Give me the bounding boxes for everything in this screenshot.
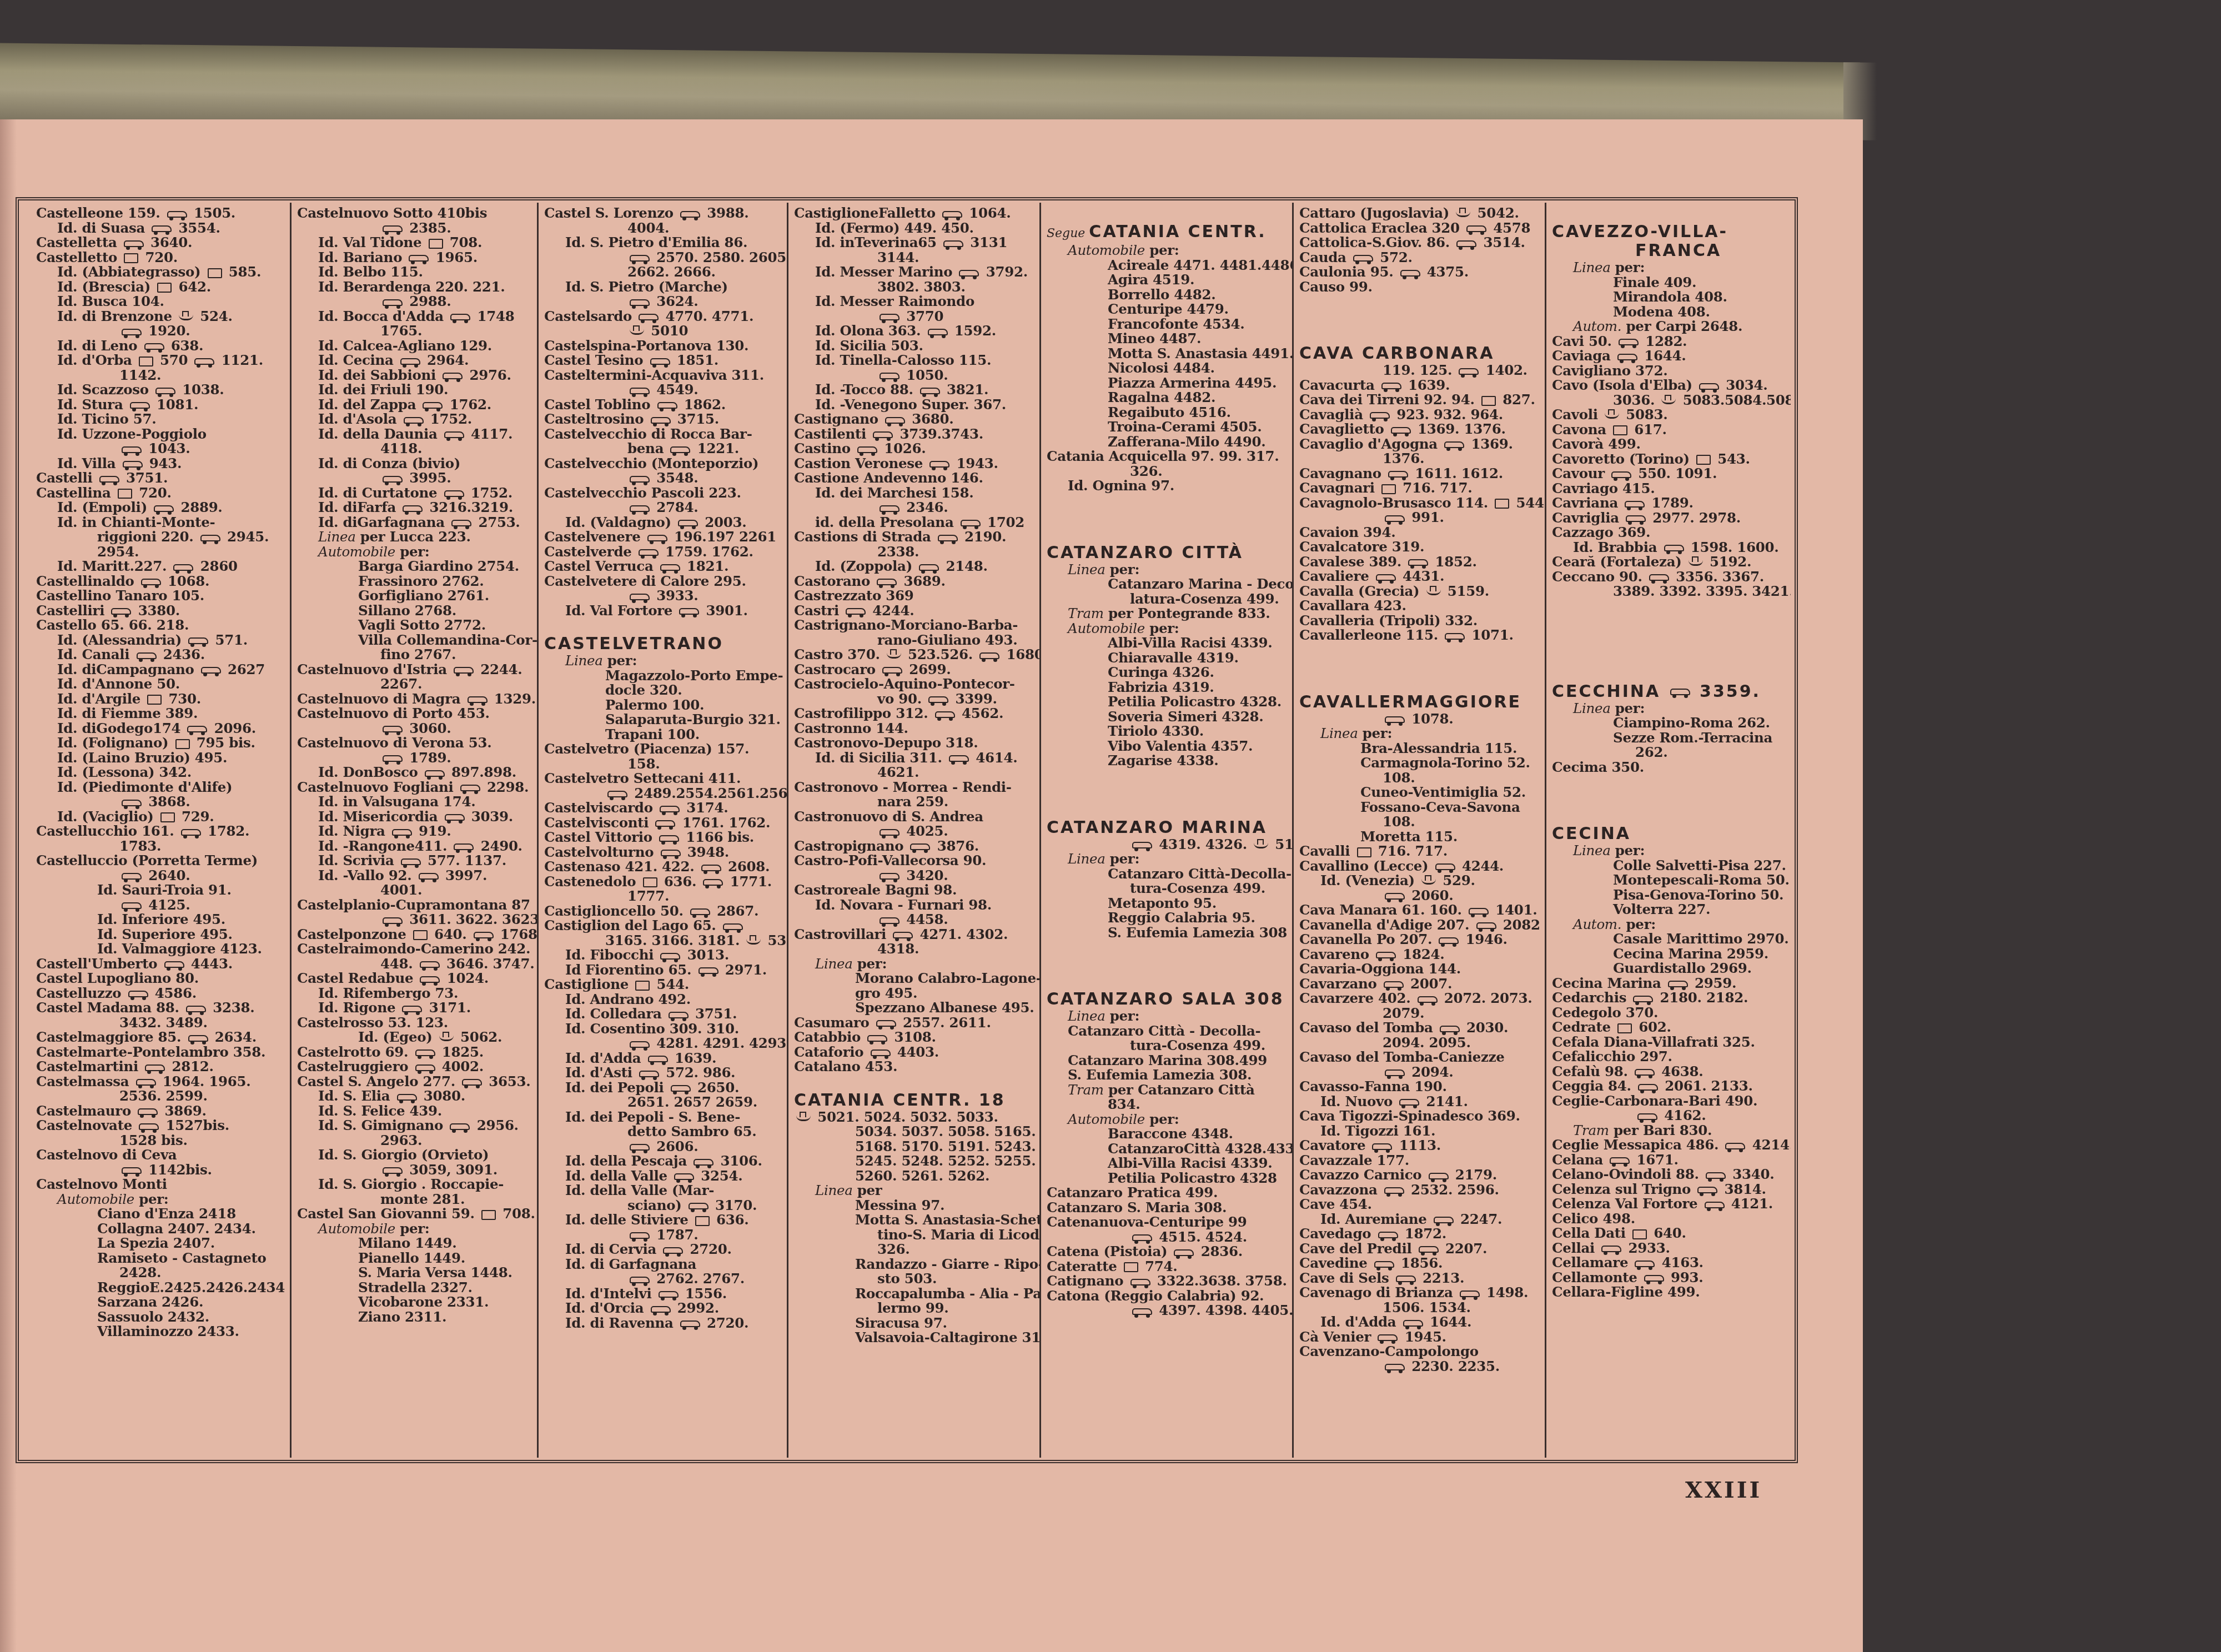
index-entry: Castellucchio 161. 1782.	[36, 824, 284, 839]
automobile-service-icon	[1601, 1246, 1621, 1252]
index-entry: Id. (Egeo) 5062.	[297, 1030, 531, 1045]
automobile-service-icon	[1638, 1084, 1658, 1091]
index-entry: Vibo Valentia 4357.	[1047, 739, 1287, 754]
index-entry: 262.	[1552, 745, 1785, 760]
index-entry: Chiaravalle 4319.	[1047, 651, 1287, 666]
index-entry: Castroreale Bagni 98.	[794, 883, 1034, 898]
index-entry: Id. di Sicilia 311. 4614.	[794, 751, 1034, 766]
index-entry: Fossano-Ceva-Savona	[1299, 800, 1539, 815]
index-entry: Id. Brabbia 1598. 1600.	[1552, 540, 1785, 555]
index-entry: Id. S. Pietro d'Emilia 86.	[544, 235, 781, 250]
automobile-service-icon	[155, 388, 175, 394]
coach-service-icon	[429, 239, 443, 249]
index-column-3: Castel S. Lorenzo 3988.4004.Id. S. Pietr…	[539, 203, 788, 1458]
coach-service-icon	[1124, 1262, 1138, 1272]
automobile-service-icon	[474, 932, 494, 938]
index-entry: 2606.	[544, 1139, 781, 1154]
index-entry: 3389. 3392. 3395. 3421.	[1552, 584, 1785, 599]
index-entry: vo 90. 3399.	[794, 692, 1034, 707]
index-entry: Id. -Vallo 92. 3997.	[297, 868, 531, 883]
index-entry: Catabbio 3108.	[794, 1030, 1034, 1045]
index-entry: Morano Calabro-Lagone-	[794, 971, 1034, 986]
index-entry: 2640.	[36, 868, 284, 883]
steamer-service-icon	[746, 938, 761, 945]
index-entry: Bra-Alessandria 115.	[1299, 741, 1539, 756]
index-entry: 4125.	[36, 898, 284, 913]
index-entry: Castelmassa 1964. 1965.	[36, 1074, 284, 1089]
automobile-service-icon	[1408, 559, 1428, 566]
index-entry: 1142bis.	[36, 1163, 284, 1178]
index-entry: id. della Presolana 1702	[794, 515, 1034, 530]
automobile-service-icon	[1439, 937, 1459, 944]
index-entry: Id. S. Elia 3080.	[297, 1089, 531, 1104]
spacer	[1552, 775, 1785, 808]
automobile-service-icon	[949, 755, 969, 762]
index-entry: Castello 65. 66. 218.	[36, 618, 284, 633]
index-entry: Messina 97.	[794, 1198, 1034, 1213]
index-entry: 108.	[1299, 771, 1539, 786]
index-entry: ReggioE.2425.2426.2434	[36, 1281, 284, 1296]
automobile-service-icon	[383, 225, 403, 232]
index-entry: Cellamare 4163.	[1552, 1256, 1785, 1271]
index-entry: Zafferana-Milo 4490.	[1047, 435, 1287, 450]
automobile-service-icon	[1384, 1187, 1404, 1194]
index-entry: Celano-Ovindoli 88. 3340.	[1552, 1167, 1785, 1182]
index-entry: 5260. 5261. 5262.	[794, 1169, 1034, 1184]
index-entry: Id. Messer Raimondo	[794, 294, 1034, 309]
index-entry: docle 320.	[544, 683, 781, 698]
automobile-service-icon	[943, 240, 963, 247]
automobile-service-icon	[959, 270, 979, 277]
index-entry: Id. Canali 2436.	[36, 647, 284, 662]
index-entry: 2230. 2235.	[1299, 1359, 1539, 1374]
automobile-service-icon	[651, 1306, 671, 1313]
coach-service-icon	[635, 981, 650, 991]
index-entry: Sezze Rom.-Terracina	[1552, 731, 1785, 746]
index-entry: Gorfigliano 2761.	[297, 589, 531, 604]
steamer-service-icon	[1421, 878, 1436, 885]
index-entry: 1789.	[297, 751, 531, 766]
automobile-service-icon	[880, 314, 900, 320]
automobile-service-icon	[400, 358, 420, 365]
index-entry: Cavacurta 1639.	[1299, 378, 1539, 393]
index-entry: 3059, 3091.	[297, 1163, 531, 1178]
index-entry: Motta S. Anastasia-Schet-	[794, 1213, 1034, 1228]
automobile-service-icon	[630, 505, 650, 512]
index-entry: Castelvecchio (Monteporzio)	[544, 456, 781, 471]
spacer	[1299, 294, 1539, 328]
index-entry: Id. Bocca d'Adda 1748	[297, 309, 531, 324]
automobile-service-icon	[1434, 1217, 1454, 1223]
station-heading: CASTELVETRANO	[544, 635, 781, 654]
automobile-service-icon	[882, 667, 902, 674]
automobile-service-icon	[663, 1247, 683, 1254]
index-column-7: CAVEZZO-VILLA-FRANCALinea per:Finale 409…	[1546, 203, 1791, 1458]
index-entry: Randazzo - Giarre - Ripo-	[794, 1257, 1034, 1272]
service-type-label: Linea	[1068, 851, 1106, 867]
spacer	[1047, 940, 1287, 973]
index-entry: Castelvecchio Pascoli 223.	[544, 486, 781, 501]
index-entry: Castelnovate 1527bis.	[36, 1118, 284, 1133]
service-type-label: Linea	[815, 1182, 853, 1198]
index-entry: 3036. 5083.5084.5085.	[1552, 393, 1785, 408]
index-entry: Id. (Valdagno) 2003.	[544, 515, 781, 530]
automobile-service-icon	[420, 961, 440, 968]
automobile-service-icon	[1378, 1334, 1398, 1341]
automobile-service-icon	[409, 255, 429, 262]
index-entry: Cataforio 4403.	[794, 1045, 1034, 1060]
index-entry: Ceccano 90. 3356. 3367.	[1552, 570, 1785, 585]
index-entry: 4621.	[794, 765, 1034, 780]
automobile-service-icon	[188, 1035, 208, 1042]
index-entry: Cavigliano 372.	[1552, 364, 1785, 379]
index-entry: 3548.	[544, 471, 781, 486]
automobile-service-icon	[1403, 1320, 1423, 1327]
index-entry: Cave del Predil 2207.	[1299, 1242, 1539, 1257]
index-entry: S. Eufemia Lamezia 308	[1047, 926, 1287, 941]
index-entry: Id. -Rangone411. 2490.	[297, 839, 531, 854]
index-entry: Spezzano Albanese 495.	[794, 1001, 1034, 1016]
index-entry: Castellino Tanaro 105.	[36, 589, 284, 604]
index-entry: Id. Uzzone-Poggiolo	[36, 427, 284, 442]
automobile-service-icon	[383, 476, 403, 483]
index-entry: Id. Scazzoso 1038.	[36, 383, 284, 398]
service-type-label: Automobile	[1068, 1111, 1145, 1127]
index-entry: 4118.	[297, 441, 531, 456]
automobile-service-icon	[201, 667, 221, 674]
automobile-service-icon	[1644, 1275, 1664, 1282]
index-entry: gro 495.	[794, 986, 1034, 1001]
index-entry: Id. Olona 363. 1592.	[794, 324, 1034, 339]
automobile-service-icon	[1132, 842, 1152, 848]
index-entry: Cavazzona 2532. 2596.	[1299, 1183, 1539, 1198]
index-entry: 5245. 5248. 5252. 5255.	[794, 1154, 1034, 1169]
index-entry: Castel Tesino 1851.	[544, 353, 781, 368]
spacer	[1047, 769, 1287, 802]
index-entry: Id. della Valle 3254.	[544, 1169, 781, 1184]
index-entry: 119. 125. 1402.	[1299, 363, 1539, 378]
automobile-service-icon	[111, 608, 131, 615]
service-type-label: Linea	[318, 529, 356, 545]
index-entry: Trapani 100.	[544, 727, 781, 742]
index-entry: Castel San Giovanni 59. 708.	[297, 1207, 531, 1222]
station-heading: CAVA CARBONARA	[1299, 344, 1539, 363]
automobile-service-icon	[420, 976, 440, 983]
index-entry: Id. (Piedimonte d'Alife)	[36, 780, 284, 795]
index-entry: Cefalù 98. 4638.	[1552, 1064, 1785, 1079]
index-entry: Castel Toblino 1862.	[544, 398, 781, 413]
index-entry: Id. Villa 943.	[36, 456, 284, 471]
index-entry: Tiriolo 4330.	[1047, 724, 1287, 739]
index-entry: Cavalla (Grecia) 5159.	[1299, 584, 1539, 599]
index-column-2: Castelnuovo Sotto 410bis 2385.Id. Val Ti…	[292, 203, 539, 1458]
index-entry: Cavorà 499.	[1552, 437, 1785, 452]
coach-service-icon	[118, 489, 132, 499]
index-entry: Castelmaggiore 85. 2634.	[36, 1030, 284, 1045]
index-entry: Id. diGarfagnana 2753.	[297, 515, 531, 530]
index-entry: Id. di Garfagnana	[544, 1257, 781, 1272]
index-entry: Villaminozzo 2433.	[36, 1324, 284, 1339]
station-heading: CATANIA CENTR. 18	[794, 1091, 1034, 1110]
automobile-service-icon	[659, 835, 679, 842]
spacer	[1552, 599, 1785, 632]
steamer-service-icon	[630, 329, 644, 335]
service-type-label: Tram	[1068, 605, 1104, 621]
index-entry: Cavona 617.	[1552, 423, 1785, 438]
index-entry: Id. della Valle (Mar-	[544, 1183, 781, 1198]
automobile-service-icon	[871, 1050, 891, 1056]
index-entry: 2267.	[297, 677, 531, 692]
index-entry: Castrezzato 369	[794, 589, 1034, 604]
automobile-service-icon	[1445, 633, 1465, 640]
index-entry: Cavedago 1872.	[1299, 1227, 1539, 1242]
index-entry: Casale Marittimo 2970.	[1552, 932, 1785, 947]
steamer-service-icon	[179, 314, 193, 320]
station-index-columns: Castelleone 159. 1505.Id. di Suasa 3554.…	[31, 203, 1791, 1458]
automobile-service-icon	[383, 755, 403, 762]
automobile-service-icon	[392, 829, 412, 836]
automobile-service-icon	[1611, 471, 1631, 478]
index-entry: Catanzaro Città-Decolla-	[1047, 867, 1287, 882]
automobile-service-icon	[1625, 501, 1645, 508]
index-entry: Id. d'Argile 730.	[36, 692, 284, 707]
index-entry: Castropignano 3876.	[794, 839, 1034, 854]
automobile-service-icon	[647, 535, 667, 541]
index-entry: Sassuolo 2432.	[36, 1310, 284, 1325]
index-entry: Regaibuto 4516.	[1047, 405, 1287, 420]
service-type-label: Autom.	[1573, 916, 1621, 932]
index-entry: Castronovo-Depupo 318.	[794, 736, 1034, 751]
coach-service-icon	[1632, 1229, 1647, 1239]
index-entry: 2094. 2095.	[1299, 1036, 1539, 1051]
index-entry: Castelponzone 640. 1768.	[297, 927, 531, 942]
automobile-service-icon	[1460, 1291, 1480, 1297]
index-entry: Id. d'Adda 1639.	[544, 1051, 781, 1066]
index-entry: Cellara-Figline 499.	[1552, 1285, 1785, 1300]
automobile-service-icon	[1378, 1232, 1398, 1238]
index-entry: 326.	[1047, 464, 1287, 479]
index-entry: Id. Tigozzi 161.	[1299, 1124, 1539, 1139]
automobile-service-icon	[1633, 996, 1653, 1002]
index-entry: Cavoretto (Torino) 543.	[1552, 452, 1785, 467]
index-entry: Barga Giardino 2754.	[297, 559, 531, 574]
coach-service-icon	[1381, 484, 1396, 494]
automobile-service-icon	[661, 850, 681, 856]
service-type-label: Automobile	[57, 1191, 134, 1207]
automobile-service-icon	[122, 800, 142, 806]
index-entry: Id. delle Stiviere 636.	[544, 1213, 781, 1228]
automobile-service-icon	[961, 520, 981, 526]
index-entry: 2060.	[1299, 888, 1539, 903]
index-entry: Ceară (Fortaleza) 5192.	[1552, 555, 1785, 570]
index-entry: Piazza Armerina 4495.	[1047, 376, 1287, 391]
index-entry: Causo 99.	[1299, 280, 1539, 295]
index-entry: Castro-Pofi-Vallecorsa 90.	[794, 853, 1034, 868]
automobile-service-icon	[1668, 981, 1688, 987]
index-entry: Cavaria-Oggiona 144.	[1299, 962, 1539, 977]
coach-service-icon	[124, 253, 138, 263]
index-entry: Id. di Suasa 3554.	[36, 221, 284, 236]
index-entry: Castelspina-Portanova 130.	[544, 339, 781, 354]
index-entry: 2428.	[36, 1266, 284, 1281]
index-entry: Id. Belbo 115.	[297, 265, 531, 280]
index-entry: Id. Auremiane 2247.	[1299, 1212, 1539, 1227]
index-entry: Castelnuovo Fogliani 2298.	[297, 780, 531, 795]
index-entry: Id. Stura 1081.	[36, 398, 284, 413]
index-entry: tino-S. Maria di Licodia	[794, 1228, 1034, 1243]
steamer-service-icon	[887, 652, 901, 659]
index-entry: Castione Andevenno 146.	[794, 471, 1034, 486]
automobile-service-icon	[164, 961, 184, 968]
index-entry: Cavaion 394.	[1299, 525, 1539, 540]
index-entry: 2651. 2657 2659.	[544, 1095, 781, 1110]
index-entry: Castiglion del Lago 65.	[544, 918, 781, 933]
index-entry: Id. d'Orba 570 1121.	[36, 353, 284, 368]
index-entry: Valsavoia-Caltagirone 317	[794, 1330, 1034, 1345]
index-entry: Cavalese 389. 1852.	[1299, 555, 1539, 570]
index-entry: Cavaglietto 1369. 1376.	[1299, 422, 1539, 437]
index-entry: 1043.	[36, 441, 284, 456]
index-entry: Castelplanio-Cupramontana 87	[297, 898, 531, 913]
index-entry: Id. Messer Marino 3792.	[794, 265, 1034, 280]
index-entry: Cavi 50. 1282.	[1552, 334, 1785, 349]
steamer-service-icon	[1426, 589, 1441, 595]
index-entry: Id. Nigra 919.	[297, 824, 531, 839]
index-entry: Cefalicchio 297.	[1552, 1050, 1785, 1064]
index-entry: Reggio Calabria 95.	[1047, 911, 1287, 926]
index-entry: Cavaglià 923. 932. 964.	[1299, 408, 1539, 423]
index-entry: Tram per Bari 830.	[1552, 1123, 1785, 1138]
automobile-service-icon	[942, 211, 962, 218]
automobile-service-icon	[122, 1167, 142, 1174]
index-entry: Cave 454.	[1299, 1197, 1539, 1212]
index-entry: Id. S. Pietro (Marche)	[544, 280, 781, 295]
index-entry: Id. Tinella-Calosso 115.	[794, 353, 1034, 368]
index-entry: Id. d'Asti 572. 986.	[544, 1066, 781, 1081]
index-entry: Cavriglia 2977. 2978.	[1552, 511, 1785, 526]
index-entry: Castel S. Angelo 277. 3653.	[297, 1074, 531, 1089]
index-entry: Montepescali-Roma 50.	[1552, 873, 1785, 888]
index-entry: Volterra 227.	[1552, 902, 1785, 917]
index-entry: Castelrosso 53. 123.	[297, 1016, 531, 1031]
index-entry: Automobile per:	[36, 1192, 284, 1207]
index-entry: 2385.	[297, 221, 531, 236]
automobile-service-icon	[648, 1056, 668, 1062]
index-entry: 4281. 4291. 4293.	[544, 1036, 781, 1051]
coach-service-icon	[643, 877, 657, 887]
index-entry: 4549.	[544, 383, 781, 398]
index-entry: Id. diFarfa 3216.3219.	[297, 500, 531, 515]
index-entry: Ceggia 84. 2061. 2133.	[1552, 1079, 1785, 1094]
index-entry: 1050.	[794, 368, 1034, 383]
index-entry: Id. di Ravenna 2720.	[544, 1316, 781, 1331]
index-entry: 326.	[794, 1242, 1034, 1257]
index-entry: fino 2767.	[297, 647, 531, 662]
index-entry: Id. Val Fortore 3901.	[544, 604, 781, 619]
automobile-service-icon	[1440, 1026, 1460, 1032]
automobile-service-icon	[630, 1277, 650, 1283]
index-entry: Linea per:	[1552, 701, 1785, 716]
index-entry: 448. 3646. 3747.	[297, 957, 531, 972]
index-entry: Castelviscardo 3174.	[544, 801, 781, 816]
index-entry: Id. di Conza (bivio)	[297, 456, 531, 471]
index-entry: 3624.	[544, 294, 781, 309]
automobile-service-icon	[1174, 1249, 1194, 1256]
automobile-service-icon	[122, 446, 142, 453]
index-entry: Id. d'Asola 1752.	[297, 412, 531, 427]
index-entry: Ceglie Messapica 486. 4214.	[1552, 1138, 1785, 1153]
index-entry: Castelliri 3380.	[36, 604, 284, 619]
automobile-service-icon	[194, 358, 214, 365]
index-entry: bena 1221.	[544, 441, 781, 456]
index-entry: 3802. 3803.	[794, 280, 1034, 295]
index-entry: Id. dei Friuli 190.	[297, 383, 531, 398]
index-entry: Id. -Tocco 88. 3821.	[794, 383, 1034, 398]
station-heading: CECCHINA 3359.	[1552, 682, 1785, 701]
index-entry: Automobile per:	[297, 545, 531, 560]
index-entry: Id. della Pescaja 3106.	[544, 1154, 781, 1169]
automobile-service-icon	[141, 579, 161, 585]
index-entry: Castelvetro (Piacenza) 157.	[544, 742, 781, 757]
automobile-service-icon	[639, 1071, 659, 1077]
index-entry: Autom. per:	[1552, 917, 1785, 932]
automobile-service-icon	[703, 879, 723, 886]
index-entry: Id. (Brescia) 642.	[36, 280, 284, 295]
index-entry: Id. di Curtatone 1752.	[297, 486, 531, 501]
automobile-service-icon	[670, 446, 690, 453]
automobile-service-icon	[671, 1085, 691, 1092]
index-entry: 1765.	[297, 324, 531, 339]
coach-service-icon	[1696, 455, 1711, 465]
index-entry: Cavagnolo-Brusasco 114. 544	[1299, 496, 1539, 511]
index-entry: Cà Venier 1945.	[1299, 1330, 1539, 1345]
index-entry: Id. di Fiemme 389.	[36, 706, 284, 721]
index-entry: Id. Nuovo 2141.	[1299, 1094, 1539, 1109]
index-entry: 3770	[794, 309, 1034, 324]
index-entry: 991.	[1299, 510, 1539, 525]
index-entry: Modena 408.	[1552, 305, 1785, 320]
coach-service-icon	[175, 739, 190, 749]
automobile-service-icon	[415, 1064, 435, 1071]
automobile-service-icon	[1399, 1099, 1419, 1106]
index-entry: Id Fiorentino 65. 2971.	[544, 963, 781, 978]
automobile-service-icon	[857, 446, 877, 453]
index-entry: Cavo (Isola d'Elba) 3034.	[1552, 378, 1785, 393]
automobile-service-icon	[383, 917, 403, 924]
spacer	[1552, 632, 1785, 666]
index-entry: Id. Rifembergo 73.	[297, 986, 531, 1001]
index-entry: Fabrizia 4319.	[1047, 680, 1287, 695]
index-entry: Id. (Folignano) 795 bis.	[36, 736, 284, 751]
steamer-service-icon	[1689, 560, 1703, 566]
index-entry: Id. Sicilia 503.	[794, 339, 1034, 354]
automobile-service-icon	[454, 843, 474, 850]
index-entry: 2784.	[544, 500, 781, 515]
index-entry: Castiglioncello 50. 2867.	[544, 904, 781, 919]
index-entry: Id. d'Annone 50.	[36, 677, 284, 692]
automobile-service-icon	[1400, 270, 1420, 277]
index-entry: 2346.	[794, 500, 1034, 515]
index-entry: Cavalli 716. 717.	[1299, 844, 1539, 859]
index-entry: Castelvetere di Calore 295.	[544, 574, 781, 589]
index-entry: Castelnovo Monti	[36, 1177, 284, 1192]
index-entry: Cavazzale 177.	[1299, 1153, 1539, 1168]
automobile-service-icon	[660, 806, 680, 812]
coach-service-icon	[139, 356, 153, 366]
steamer-service-icon	[1661, 398, 1676, 404]
page-number: XXIII	[1685, 1477, 1762, 1503]
steamer-service-icon	[1456, 211, 1470, 217]
